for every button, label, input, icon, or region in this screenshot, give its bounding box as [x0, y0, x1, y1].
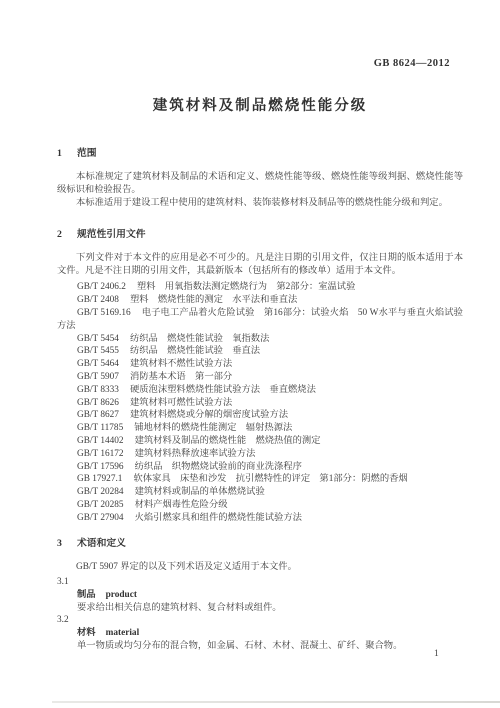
section-references-heading: 2规范性引用文件 [57, 228, 463, 241]
references-intro-block: 下列文件对于本文件的应用是必不可少的。凡是注日期的引用文件，仅注日期的版本适用于… [57, 252, 463, 278]
reference-item: GB/T 8626建筑材料可燃性试验方法 [57, 397, 463, 410]
reference-title: 铺地材料的燃烧性能测定 辐射热源法 [134, 423, 292, 433]
reference-item: GB/T 14402建筑材料及制品的燃烧性能 燃烧热值的测定 [57, 435, 463, 448]
section-scope-heading: 1范围 [57, 147, 463, 160]
scope-paragraph: 本标准规定了建筑材料及制品的术语和定义、燃烧性能等级、燃烧性能等级判据、燃烧性能… [57, 171, 463, 197]
reference-code: GB/T 2406.2 [77, 282, 126, 292]
reference-item: GB/T 20285材料产烟毒性危险分级 [57, 499, 463, 512]
section-references-number: 2 [57, 228, 77, 241]
reference-title: 软体家具 床垫和沙发 抗引燃特性的评定 第1部分：阴燃的香烟 [133, 474, 407, 484]
reference-item: GB/T 20284建筑材料或制品的单体燃烧试验 [57, 486, 463, 499]
term-body: 制品product 要求给出相关信息的建筑材料、复合材料或组件。 [77, 589, 463, 615]
section-terms-label: 术语和定义 [77, 538, 126, 549]
reference-item: GB/T 5907消防基本术语 第一部分 [57, 371, 463, 384]
reference-item: GB/T 8333硬质泡沫塑料燃烧性能试验方法 垂直燃烧法 [57, 384, 463, 397]
term-name: 材料material [77, 627, 463, 640]
term-name-zh: 材料 [77, 628, 96, 638]
reference-code: GB/T 17596 [77, 462, 124, 472]
term-number: 3.1 [57, 576, 463, 589]
reference-code: GB/T 20284 [77, 487, 124, 497]
reference-item: GB/T 8627建筑材料燃烧或分解的烟密度试验方法 [57, 409, 463, 422]
term-entry: 3.1 制品product 要求给出相关信息的建筑材料、复合材料或组件。 [57, 576, 463, 614]
reference-title: 材料产烟毒性危险分级 [135, 500, 228, 510]
reference-code: GB/T 8627 [77, 410, 119, 420]
reference-title: 硬质泡沫塑料燃烧性能试验方法 垂直燃烧法 [130, 385, 316, 395]
section-scope-number: 1 [57, 147, 77, 160]
page-number: 1 [434, 649, 439, 659]
reference-item: GB/T 11785铺地材料的燃烧性能测定 辐射热源法 [57, 422, 463, 435]
reference-item: GB/T 16172建筑材料热释放速率试验方法 [57, 448, 463, 461]
reference-title: 火焰引燃家具和组件的燃烧性能试验方法 [135, 513, 302, 523]
section-references-label: 规范性引用文件 [77, 229, 146, 240]
reference-code: GB/T 8626 [77, 398, 119, 408]
reference-item: GB/T 2408塑料 燃烧性能的测定 水平法和垂直法 [57, 294, 463, 307]
section-terms-number: 3 [57, 537, 77, 550]
reference-item: GB/T 5464建筑材料不燃性试验方法 [57, 358, 463, 371]
term-number: 3.2 [57, 614, 463, 627]
reference-code: GB/T 5464 [77, 359, 119, 369]
term-name-en: product [106, 590, 137, 600]
section-scope-label: 范围 [77, 148, 97, 159]
reference-code: GB/T 27904 [77, 513, 124, 523]
terms-intro: GB/T 5907 界定的以及下列术语及定义适用于本文件。 [57, 561, 463, 574]
reference-title: 纺织品 燃烧性能试验 氧指数法 [130, 334, 269, 344]
reference-code: GB/T 5169.16 [77, 308, 131, 318]
term-entry: 3.2 材料material 单一物质或均匀分布的混合物，如金属、石材、木材、混… [57, 614, 463, 652]
term-definition: 单一物质或均匀分布的混合物，如金属、石材、木材、混凝土、矿纤、聚合物。 [77, 640, 463, 653]
references-list: GB/T 2406.2塑料 用氧指数法测定燃烧行为 第2部分：室温试验 GB/T… [57, 281, 463, 524]
reference-title: 塑料 用氧指数法测定燃烧行为 第2部分：室温试验 [137, 282, 355, 292]
reference-code: GB/T 2408 [77, 295, 119, 305]
reference-title: 消防基本术语 第一部分 [130, 372, 232, 382]
reference-code: GB 17927.1 [77, 474, 122, 484]
standard-code: GB 8624—2012 [57, 0, 463, 70]
scope-paragraphs: 本标准规定了建筑材料及制品的术语和定义、燃烧性能等级、燃烧性能等级判据、燃烧性能… [57, 171, 463, 209]
scope-paragraph: 本标准适用于建设工程中使用的建筑材料、装饰装修材料及制品等的燃烧性能分级和判定。 [57, 197, 463, 210]
reference-item: GB/T 17596纺织品 织物燃烧试验前的商业洗涤程序 [57, 461, 463, 474]
reference-title: 塑料 燃烧性能的测定 水平法和垂直法 [130, 295, 297, 305]
reference-code: GB/T 5455 [77, 346, 119, 356]
reference-title: 纺织品 织物燃烧试验前的商业洗涤程序 [135, 462, 302, 472]
term-entries: 3.1 制品product 要求给出相关信息的建筑材料、复合材料或组件。 3.2… [57, 576, 463, 653]
terms-intro-block: GB/T 5907 界定的以及下列术语及定义适用于本文件。 [57, 561, 463, 574]
term-name-en: material [106, 628, 140, 638]
reference-title: 纺织品 燃烧性能试验 垂直法 [130, 346, 260, 356]
reference-title: 建筑材料热释放速率试验方法 [135, 449, 256, 459]
reference-item: GB/T 2406.2塑料 用氧指数法测定燃烧行为 第2部分：室温试验 [57, 281, 463, 294]
reference-title: 建筑材料及制品的燃烧性能 燃烧热值的测定 [135, 436, 321, 446]
term-body: 材料material 单一物质或均匀分布的混合物，如金属、石材、木材、混凝土、矿… [77, 627, 463, 653]
reference-code: GB/T 5454 [77, 334, 119, 344]
reference-title: 建筑材料燃烧或分解的烟密度试验方法 [130, 410, 288, 420]
reference-item: GB/T 5454纺织品 燃烧性能试验 氧指数法 [57, 333, 463, 346]
reference-code: GB/T 11785 [77, 423, 123, 433]
reference-code: GB/T 8333 [77, 385, 119, 395]
reference-code: GB/T 14402 [77, 436, 124, 446]
reference-item: GB/T 5169.16电子电工产品着火危险试验 第16部分：试验火焰 50 W… [57, 307, 463, 333]
reference-item: GB/T 27904火焰引燃家具和组件的燃烧性能试验方法 [57, 512, 463, 525]
section-terms-heading: 3术语和定义 [57, 537, 463, 550]
reference-item: GB/T 5455纺织品 燃烧性能试验 垂直法 [57, 345, 463, 358]
document-page: GB 8624—2012 建筑材料及制品燃烧性能分级 1范围 本标准规定了建筑材… [57, 0, 463, 653]
term-name: 制品product [77, 589, 463, 602]
reference-title: 建筑材料或制品的单体燃烧试验 [135, 487, 265, 497]
reference-title: 建筑材料不燃性试验方法 [130, 359, 232, 369]
reference-code: GB/T 20285 [77, 500, 124, 510]
reference-item: GB 17927.1软体家具 床垫和沙发 抗引燃特性的评定 第1部分：阴燃的香烟 [57, 473, 463, 486]
reference-code: GB/T 5907 [77, 372, 119, 382]
references-intro: 下列文件对于本文件的应用是必不可少的。凡是注日期的引用文件，仅注日期的版本适用于… [57, 252, 463, 278]
term-definition: 要求给出相关信息的建筑材料、复合材料或组件。 [77, 602, 463, 615]
document-title: 建筑材料及制品燃烧性能分级 [57, 96, 463, 116]
term-name-zh: 制品 [77, 590, 96, 600]
reference-code: GB/T 16172 [77, 449, 124, 459]
scan-edge-shadow [52, 701, 500, 703]
reference-title: 建筑材料可燃性试验方法 [130, 398, 232, 408]
